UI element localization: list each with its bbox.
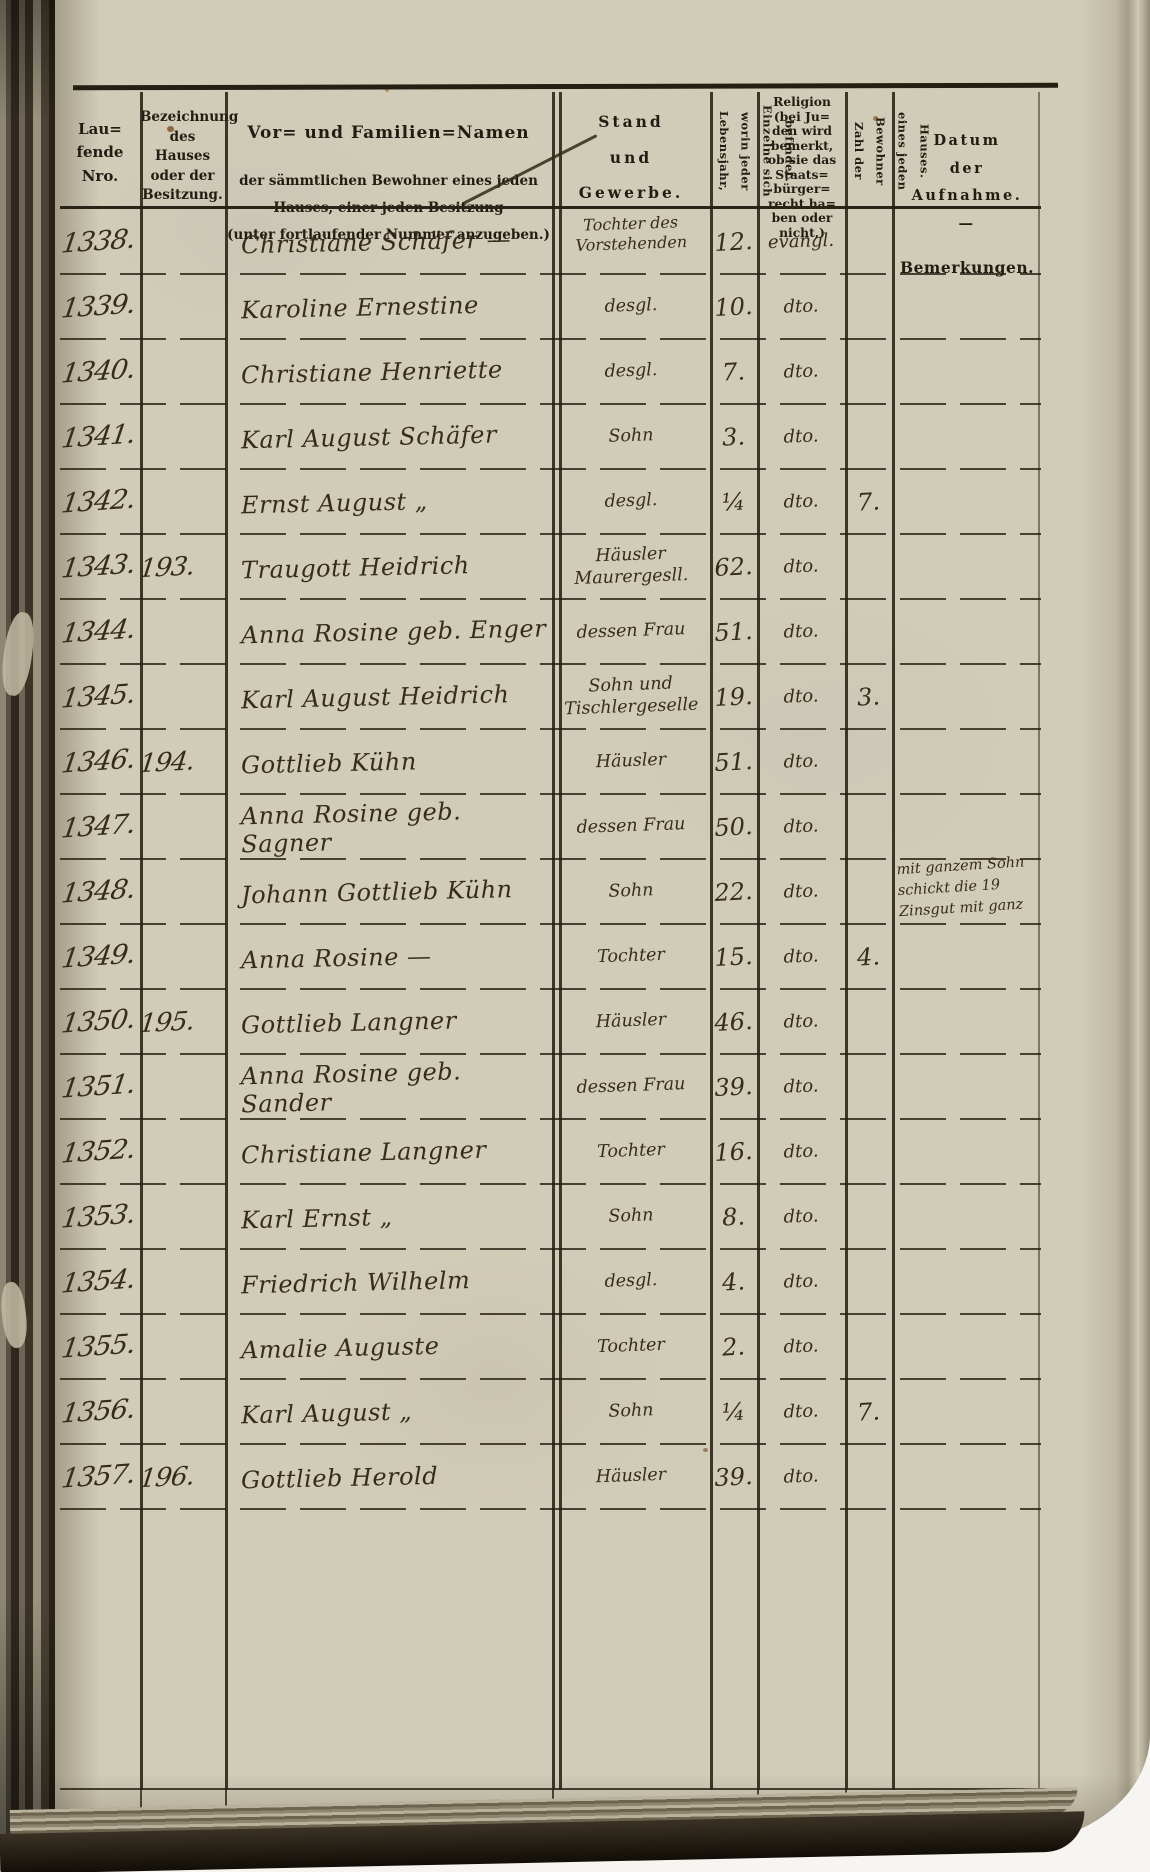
cell-bemerkung xyxy=(892,493,1041,502)
cell-laufende-nro: 1353. xyxy=(57,1198,142,1235)
cell-religion: dto. xyxy=(757,1074,846,1098)
cell-religion: dto. xyxy=(757,1269,846,1293)
cell-lebensjahr: 39. xyxy=(709,1071,757,1101)
cell-haus-nummer: 194. xyxy=(138,744,227,778)
cell-lebensjahr: 7. xyxy=(709,356,757,386)
cell-bemerkung xyxy=(892,1143,1041,1152)
cell-name: Anna Rosine — xyxy=(225,939,553,974)
table-row: 1338.Christiane Schäfer —Tochter des Vor… xyxy=(60,209,1041,274)
cell-name: Karoline Ernestine xyxy=(225,289,553,324)
cell-haus-nummer xyxy=(140,1344,226,1348)
cell-religion: dto. xyxy=(757,1009,846,1033)
cell-religion: evangl. xyxy=(757,229,846,253)
cell-laufende-nro: 1351. xyxy=(57,1068,142,1105)
cell-stand-gewerbe: Sohn xyxy=(552,423,711,450)
cell-haus-nummer xyxy=(140,824,226,828)
cell-bemerkung xyxy=(892,753,1041,762)
cell-stand-gewerbe: dessen Frau xyxy=(552,813,711,840)
cell-name: Gottlieb Kühn xyxy=(225,744,553,779)
cell-haus-nummer xyxy=(140,1279,226,1283)
cell-lebensjahr: 15. xyxy=(709,941,757,971)
cell-bemerkung xyxy=(892,558,1041,567)
cell-stand-gewerbe: Sohn xyxy=(552,878,711,905)
cell-laufende-nro: 1350. xyxy=(57,1003,142,1040)
cell-haus-nummer xyxy=(140,694,226,698)
cell-haus-nummer xyxy=(140,239,226,243)
cell-religion: dto. xyxy=(757,814,846,838)
cell-name: Karl August Heidrich xyxy=(225,679,553,714)
cell-religion: dto. xyxy=(757,1334,846,1358)
table-row: 1345.Karl August HeidrichSohn und Tischl… xyxy=(60,664,1041,729)
cell-name: Karl August „ xyxy=(225,1394,553,1429)
cell-haus-nummer xyxy=(140,304,226,308)
table-row: 1353.Karl Ernst „Sohn8.dto. xyxy=(60,1184,1041,1249)
cell-religion: dto. xyxy=(757,944,846,968)
cell-bemerkung xyxy=(892,1208,1041,1217)
torn-page-edge xyxy=(0,610,38,697)
cell-stand-gewerbe: Sohn xyxy=(552,1398,711,1425)
cell-lebensjahr: 39. xyxy=(709,1461,757,1491)
cell-name: Anna Rosine geb. Enger xyxy=(225,614,553,649)
table-row: 1347.Anna Rosine geb. Sagnerdessen Frau5… xyxy=(60,794,1041,859)
table-row: 1340.Christiane Henriettedesgl.7.dto. xyxy=(60,339,1041,404)
page-curl-shadow xyxy=(1116,0,1150,1844)
table-row: 1344.Anna Rosine geb. Engerdessen Frau51… xyxy=(60,599,1041,664)
cell-lebensjahr: 16. xyxy=(709,1136,757,1166)
cell-stand-gewerbe: Tochter xyxy=(552,1138,711,1165)
cell-bemerkung xyxy=(892,233,1041,242)
table-top-border xyxy=(73,83,1058,91)
cell-haus-nummer xyxy=(140,629,226,633)
table-row: 1349.Anna Rosine —Tochter15.dto.4. xyxy=(60,924,1041,989)
header-datum-bemerkungen: Datum der Aufnahme. — Bemerkungen. xyxy=(894,92,1040,206)
cell-religion: dto. xyxy=(757,1464,846,1488)
cell-bemerkung xyxy=(892,623,1041,632)
cell-name: Johann Gottlieb Kühn xyxy=(225,874,553,909)
cell-religion: dto. xyxy=(757,489,846,513)
cell-bemerkung xyxy=(892,363,1041,372)
cell-zahl-bewohner: 7. xyxy=(844,486,892,516)
cell-zahl-bewohner xyxy=(845,435,892,437)
cell-laufende-nro: 1342. xyxy=(57,483,142,520)
table-row: 1350.195.Gottlieb LangnerHäusler46.dto. xyxy=(60,989,1041,1054)
cell-zahl-bewohner: 7. xyxy=(844,1396,892,1426)
cell-lebensjahr: 8. xyxy=(709,1201,757,1231)
cell-name: Gottlieb Herold xyxy=(225,1459,553,1494)
cell-bemerkung xyxy=(892,688,1041,697)
table-row: 1357.196.Gottlieb HeroldHäusler39.dto. xyxy=(60,1444,1041,1509)
cell-stand-gewerbe: Sohn xyxy=(552,1203,711,1230)
cell-laufende-nro: 1356. xyxy=(57,1393,142,1430)
cell-name: Anna Rosine geb. Sagner xyxy=(224,795,552,858)
cell-haus-nummer xyxy=(140,1084,226,1088)
cell-lebensjahr: 3. xyxy=(709,421,757,451)
cell-zahl-bewohner xyxy=(845,370,892,372)
cell-lebensjahr: 50. xyxy=(709,811,757,841)
cell-haus-nummer xyxy=(140,499,226,503)
cell-laufende-nro: 1352. xyxy=(57,1133,142,1170)
cell-zahl-bewohner xyxy=(845,630,892,632)
cell-lebensjahr: 22. xyxy=(709,876,757,906)
cell-bemerkung xyxy=(892,1338,1041,1347)
register-page: Lau= fende Nro. Bezeichnung des Hauses o… xyxy=(55,0,1150,1844)
cell-laufende-nro: 1344. xyxy=(57,613,142,650)
cell-bemerkung: mit ganzem Sohn schickt die 19 Zinsgut m… xyxy=(890,851,1043,923)
cell-name: Christiane Langner xyxy=(225,1134,553,1169)
cell-zahl-bewohner xyxy=(845,1150,892,1152)
cell-name: Ernst August „ xyxy=(225,484,553,519)
cell-zahl-bewohner xyxy=(845,1020,892,1022)
scanned-register-book-photo: Lau= fende Nro. Bezeichnung des Hauses o… xyxy=(0,0,1150,1872)
cell-zahl-bewohner xyxy=(845,1475,892,1477)
cell-name: Amalie Auguste xyxy=(225,1329,553,1364)
cell-lebensjahr: 19. xyxy=(709,681,757,711)
cell-stand-gewerbe: Häusler xyxy=(552,1463,711,1490)
header-namen-title: Vor= und Familien=Namen xyxy=(225,123,552,143)
cell-stand-gewerbe: Tochter xyxy=(552,1333,711,1360)
cell-stand-gewerbe: desgl. xyxy=(552,293,711,320)
table-row: 1354.Friedrich Wilhelmdesgl.4.dto. xyxy=(60,1249,1041,1314)
cell-bemerkung xyxy=(892,428,1041,437)
cell-lebensjahr: 4. xyxy=(709,1266,757,1296)
cell-stand-gewerbe: Häusler xyxy=(552,1008,711,1035)
cell-name: Anna Rosine geb. Sander xyxy=(224,1055,552,1118)
cell-zahl-bewohner xyxy=(845,760,892,762)
cell-laufende-nro: 1348. xyxy=(57,873,142,910)
cell-name: Traugott Heidrich xyxy=(225,549,553,584)
cell-religion: dto. xyxy=(757,1204,846,1228)
cell-laufende-nro: 1339. xyxy=(57,288,142,325)
cell-zahl-bewohner xyxy=(845,240,892,242)
table-row: 1343.193.Traugott HeidrichHäusler Maurer… xyxy=(60,534,1041,599)
cell-name: Karl Ernst „ xyxy=(225,1199,553,1234)
cell-laufende-nro: 1343. xyxy=(57,548,142,585)
header-stand-gewerbe: Stand und Gewerbe. xyxy=(552,92,710,206)
cell-bemerkung xyxy=(892,1273,1041,1282)
header-religion: Religion (bei Ju= den wird bemerkt, ob s… xyxy=(759,92,845,206)
cell-laufende-nro: 1349. xyxy=(57,938,142,975)
cell-zahl-bewohner xyxy=(845,1215,892,1217)
cell-religion: dto. xyxy=(757,619,846,643)
header-zahl-bewohner-rotated: Zahl der Bewohner eines jeden Hauses. xyxy=(847,92,894,206)
cell-laufende-nro: 1346. xyxy=(57,743,142,780)
cell-zahl-bewohner: 3. xyxy=(844,681,892,711)
cell-lebensjahr: ¼ xyxy=(709,1396,757,1426)
cell-religion: dto. xyxy=(757,1139,846,1163)
cell-name: Gottlieb Langner xyxy=(225,1004,553,1039)
cell-religion: dto. xyxy=(757,294,846,318)
cell-bemerkung xyxy=(892,948,1041,957)
cell-stand-gewerbe: Häusler Maurergesll. xyxy=(551,542,710,591)
table-rows: 1338.Christiane Schäfer —Tochter des Vor… xyxy=(60,209,1041,1509)
cell-laufende-nro: 1354. xyxy=(57,1263,142,1300)
cell-religion: dto. xyxy=(757,684,846,708)
cell-lebensjahr: 12. xyxy=(709,226,757,256)
table-row: 1348.Johann Gottlieb KühnSohn22.dto.mit … xyxy=(60,859,1041,924)
cell-haus-nummer: 193. xyxy=(138,549,227,583)
cell-religion: dto. xyxy=(757,879,846,903)
table-row: 1355.Amalie AugusteTochter2.dto. xyxy=(60,1314,1041,1379)
torn-page-edge xyxy=(0,1281,29,1349)
header-lebensjahr-rotated: Lebensjahr, worin jeder Einzelne sich be… xyxy=(712,92,759,206)
cell-stand-gewerbe: desgl. xyxy=(552,1268,711,1295)
cell-lebensjahr: 51. xyxy=(709,616,757,646)
cell-name: Friedrich Wilhelm xyxy=(225,1264,553,1299)
cell-haus-nummer xyxy=(140,434,226,438)
cell-haus-nummer xyxy=(140,1409,226,1413)
cell-name: Christiane Schäfer — xyxy=(225,224,553,259)
cell-laufende-nro: 1355. xyxy=(57,1328,142,1365)
cell-haus-nummer xyxy=(140,1149,226,1153)
cell-bemerkung xyxy=(892,1078,1041,1087)
table-row: 1356.Karl August „Sohn¼dto.7. xyxy=(60,1379,1041,1444)
cell-haus-nummer: 196. xyxy=(138,1459,227,1493)
cell-religion: dto. xyxy=(757,424,846,448)
cell-stand-gewerbe: Sohn und Tischlergeselle xyxy=(551,672,710,721)
cell-zahl-bewohner xyxy=(845,1345,892,1347)
cell-haus-nummer xyxy=(140,889,226,893)
cell-name: Karl August Schäfer xyxy=(225,419,553,454)
cell-zahl-bewohner: 4. xyxy=(844,941,892,971)
table-row: 1339.Karoline Ernestinedesgl.10.dto. xyxy=(60,274,1041,339)
header-laufende-nro: Lau= fende Nro. xyxy=(60,92,140,206)
cell-zahl-bewohner xyxy=(845,565,892,567)
cell-laufende-nro: 1345. xyxy=(57,678,142,715)
cell-haus-nummer xyxy=(140,1214,226,1218)
cell-haus-nummer xyxy=(140,954,226,958)
cell-religion: dto. xyxy=(757,1399,846,1423)
cell-zahl-bewohner xyxy=(845,1085,892,1087)
cell-laufende-nro: 1341. xyxy=(57,418,142,455)
cell-stand-gewerbe: Tochter xyxy=(552,943,711,970)
cell-stand-gewerbe: dessen Frau xyxy=(552,1073,711,1100)
cell-zahl-bewohner xyxy=(845,1280,892,1282)
cell-laufende-nro: 1357. xyxy=(57,1458,142,1495)
cell-bemerkung xyxy=(892,298,1041,307)
cell-lebensjahr: 62. xyxy=(709,551,757,581)
cell-stand-gewerbe: desgl. xyxy=(552,488,711,515)
cell-haus-nummer xyxy=(140,369,226,373)
cell-laufende-nro: 1338. xyxy=(57,223,142,260)
book-binding xyxy=(0,0,58,1856)
cell-religion: dto. xyxy=(757,359,846,383)
cell-bemerkung xyxy=(892,1013,1041,1022)
cell-zahl-bewohner xyxy=(845,825,892,827)
cell-stand-gewerbe: Häusler xyxy=(552,748,711,775)
cell-religion: dto. xyxy=(757,749,846,773)
cell-lebensjahr: 51. xyxy=(709,746,757,776)
cell-name: Christiane Henriette xyxy=(225,354,553,389)
table-row: 1351.Anna Rosine geb. Sanderdessen Frau3… xyxy=(60,1054,1041,1119)
header-haus-bezeichnung: Bezeichnung des Hauses oder der Besitzun… xyxy=(140,92,225,206)
header-namen: Vor= und Familien=Namen der sämmtlichen … xyxy=(225,92,552,206)
table-row: 1341.Karl August SchäferSohn3.dto. xyxy=(60,404,1041,469)
cell-stand-gewerbe: desgl. xyxy=(552,358,711,385)
cell-bemerkung xyxy=(892,818,1041,827)
cell-lebensjahr: 46. xyxy=(709,1006,757,1036)
cell-haus-nummer: 195. xyxy=(138,1004,227,1038)
cell-lebensjahr: 2. xyxy=(709,1331,757,1361)
cell-lebensjahr: ¼ xyxy=(709,486,757,516)
cell-stand-gewerbe: Tochter des Vorstehenden xyxy=(551,211,710,256)
cell-lebensjahr: 10. xyxy=(709,291,757,321)
cell-bemerkung xyxy=(892,1468,1041,1477)
cell-religion: dto. xyxy=(757,554,846,578)
table-row: 1342.Ernst August „desgl.¼dto.7. xyxy=(60,469,1041,534)
table-row: 1352.Christiane LangnerTochter16.dto. xyxy=(60,1119,1041,1184)
table-row: 1346.194.Gottlieb KühnHäusler51.dto. xyxy=(60,729,1041,794)
cell-stand-gewerbe: dessen Frau xyxy=(552,618,711,645)
cell-laufende-nro: 1340. xyxy=(57,353,142,390)
cell-laufende-nro: 1347. xyxy=(57,808,142,845)
cell-zahl-bewohner xyxy=(845,890,892,892)
cell-zahl-bewohner xyxy=(845,305,892,307)
cell-bemerkung xyxy=(892,1403,1041,1412)
